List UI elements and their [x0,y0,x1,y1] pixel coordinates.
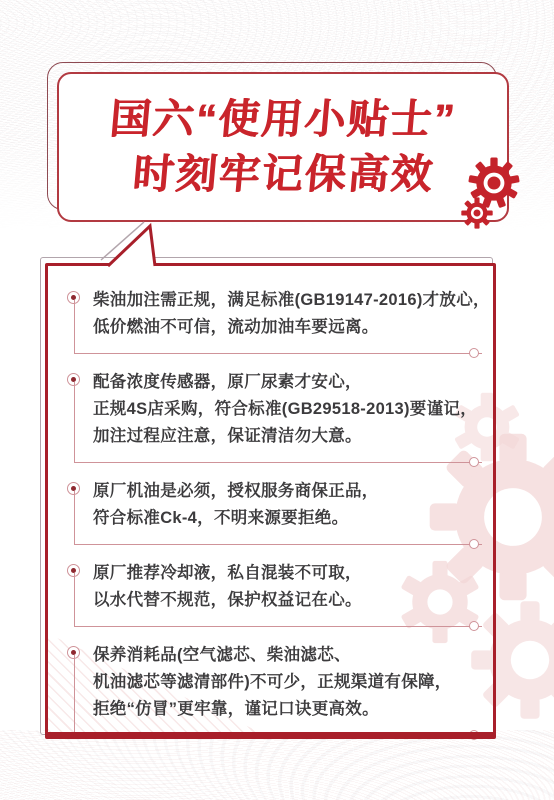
guilloche-wave-bottom [0,730,554,800]
tip-text: 正规4S店采购，符合标准(GB29518-2013)要谨记， [93,396,490,423]
tip-text: 加注过程应注意，保证清洁勿大意。 [93,423,490,450]
tip-text: 符合标准Ck-4，不明来源要拒绝。 [93,505,490,532]
dot-icon [67,564,80,577]
dot-icon [67,482,80,495]
tip-text: 原厂推荐冷却液，私自混装不可取， [93,560,490,587]
tip-item: 原厂推荐冷却液，私自混装不可取， 以水代替不规范，保护权益记在心。 [65,560,490,627]
tip-text: 以水代替不规范，保护权益记在心。 [93,587,490,614]
tip-item: 原厂机油是必须，授权服务商保正品， 符合标准Ck-4，不明来源要拒绝。 [65,478,490,545]
tip-item: 保养消耗品(空气滤芯、柴油滤芯、 机油滤芯等滤清部件)不可少，正规渠道有保障， … [65,642,490,736]
hollow-circle-icon [469,730,479,740]
hollow-circle-icon [469,348,479,358]
tips-list: 柴油加注需正规，满足标准(GB19147-2016)才放心， 低价燃油不可信，流… [45,263,496,739]
tip-item: 配备浓度传感器，原厂尿素才安心， 正规4S店采购，符合标准(GB29518-20… [65,369,490,463]
tip-text: 柴油加注需正规，满足标准(GB19147-2016)才放心， [93,287,490,314]
tip-item: 柴油加注需正规，满足标准(GB19147-2016)才放心， 低价燃油不可信，流… [65,287,490,354]
hollow-circle-icon [469,539,479,549]
tip-text: 保养消耗品(空气滤芯、柴油滤芯、 [93,642,490,669]
speech-bubble-tail [98,221,162,268]
dot-icon [67,291,80,304]
poster-title-line2: 时刻牢记保高效 [130,147,436,202]
poster-title-line1: 国六“使用小贴士” [108,92,459,147]
poster: 国六“使用小贴士” 时刻牢记保高效 [0,0,554,800]
hollow-circle-icon [469,621,479,631]
tip-text: 原厂机油是必须，授权服务商保正品， [93,478,490,505]
dot-icon [67,373,80,386]
gear-icon [461,197,493,229]
tip-text: 配备浓度传感器，原厂尿素才安心， [93,369,490,396]
tip-text: 机油滤芯等滤清部件)不可少，正规渠道有保障， [93,669,490,696]
hollow-circle-icon [469,457,479,467]
title-box: 国六“使用小贴士” 时刻牢记保高效 [57,72,509,222]
tip-text: 拒绝“仿冒”更牢靠，谨记口诀更高效。 [93,696,490,723]
tip-text: 低价燃油不可信，流动加油车要远离。 [93,314,490,341]
dot-icon [67,646,80,659]
